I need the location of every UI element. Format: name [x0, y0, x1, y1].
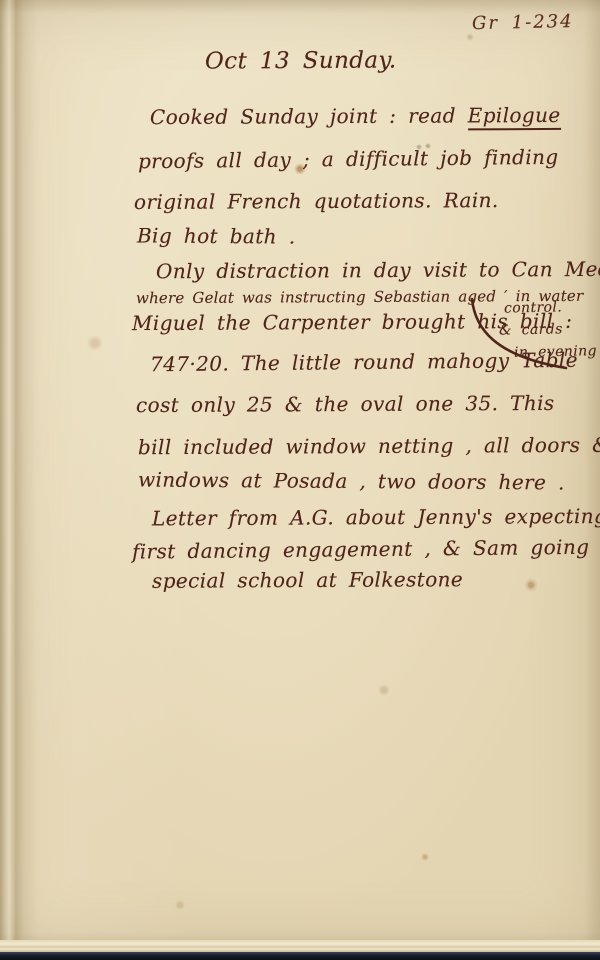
diary-line: bill included window netting , all doors…: [138, 433, 600, 459]
diary-line: Big hot bath .: [137, 223, 296, 248]
diary-line: first dancing engagement , & Sam going t…: [132, 534, 600, 563]
diary-line: proofs all day ; a difficult job finding: [138, 145, 559, 173]
diary-line: Cooked Sunday joint : read Epilogue: [150, 103, 561, 129]
manuscript-page: Gr 1-234 Oct 13 Sunday. Cooked Sunday jo…: [0, 0, 600, 952]
diary-line: Miguel the Carpenter brought his bill :: [132, 309, 572, 335]
archive-reference: Gr 1-234: [472, 11, 574, 34]
diary-line: Letter from A.G. about Jenny's expecting…: [152, 504, 600, 531]
underlined-word: Epilogue: [468, 103, 561, 130]
diary-line: cost only 25 & the oval one 35. This: [136, 391, 555, 417]
diary-line: Only distraction in day visit to Can Med…: [156, 257, 600, 283]
diary-line-text: Cooked Sunday joint : read: [150, 103, 456, 129]
book-page-edges: [0, 940, 600, 952]
diary-line: original French quotations. Rain.: [134, 188, 499, 214]
entry-date-heading: Oct 13 Sunday.: [205, 47, 397, 74]
diary-line: windows at Posada , two doors here .: [138, 468, 565, 495]
diary-line: 747·20. The little round mahogy Table: [150, 348, 578, 376]
scan-background-strip: [0, 952, 600, 960]
diary-line: special school at Folkestone: [152, 567, 463, 593]
